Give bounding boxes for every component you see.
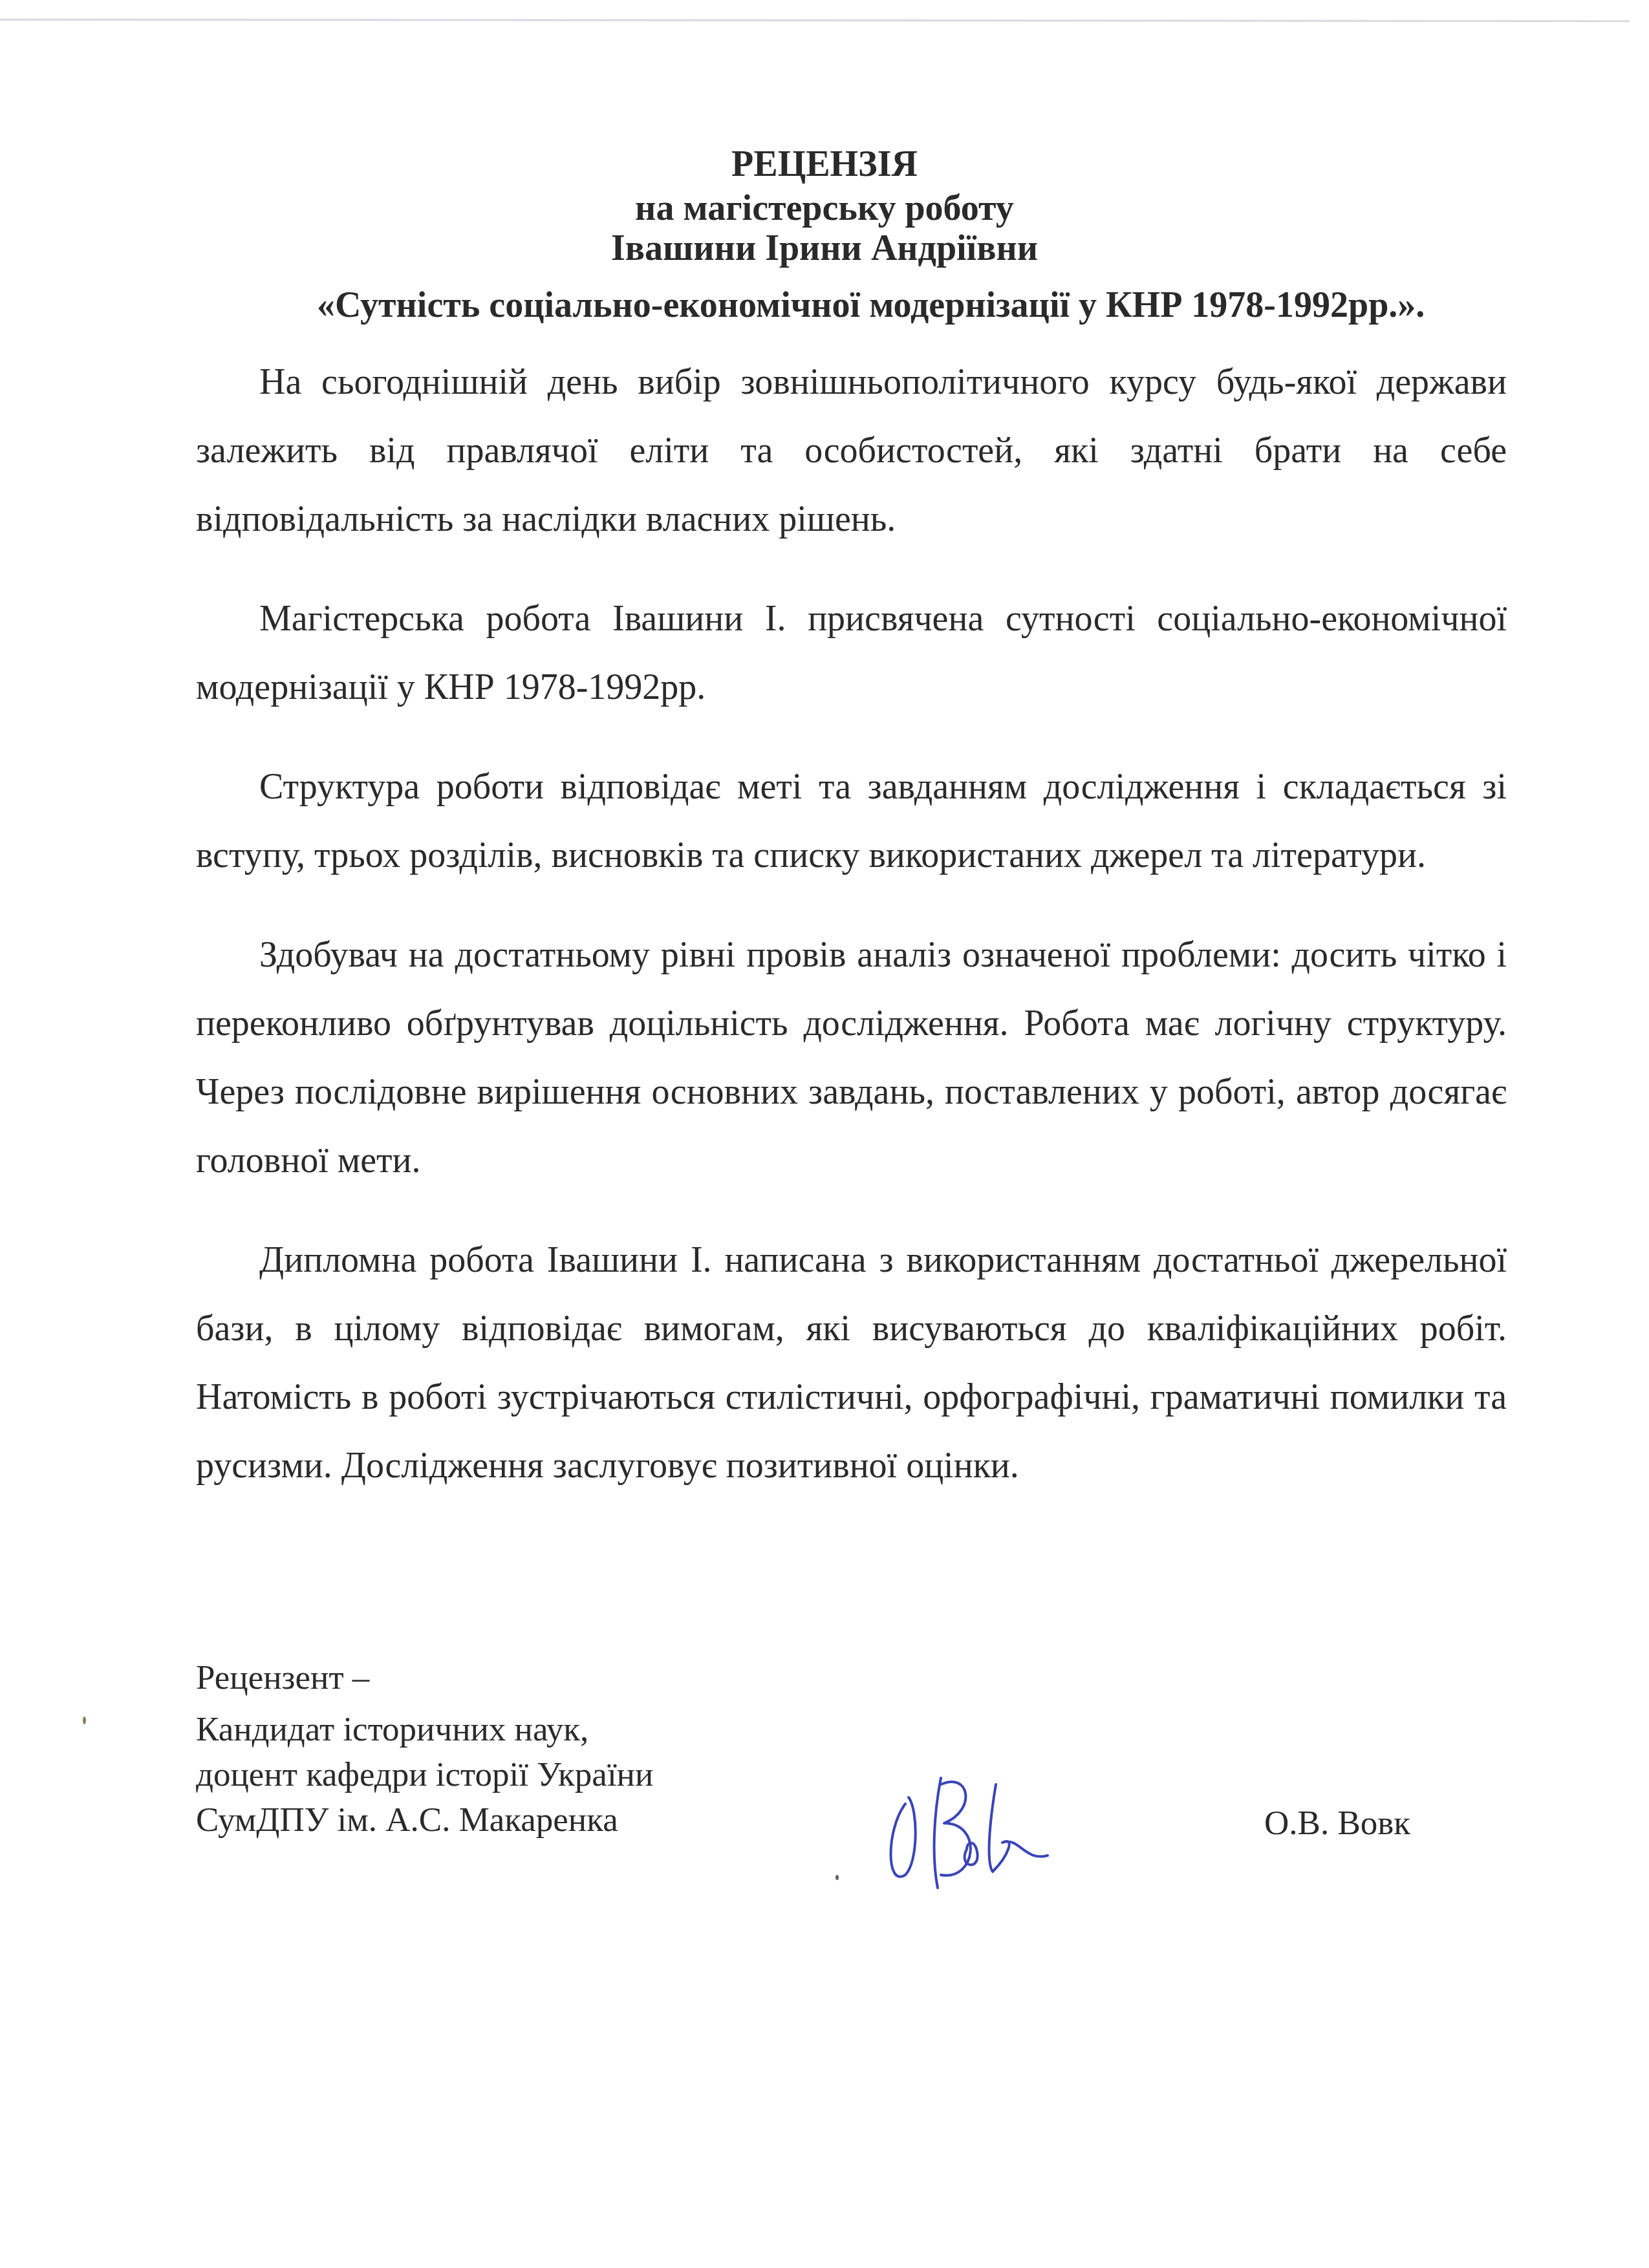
paragraph: Дипломна робота Івашини І. написана з ви… — [196, 1226, 1507, 1500]
reviewer-name: О.В. Вовк — [1264, 1804, 1410, 1843]
scan-speck — [83, 1717, 86, 1724]
work-title: «Сутність соціально-економічної модерніз… — [317, 284, 1425, 326]
paragraph: Здобувач на достатньому рівні провів ана… — [196, 921, 1507, 1195]
reviewer-institution: СумДПУ ім. А.С. Макаренка — [196, 1797, 618, 1843]
scan-edge-line — [0, 19, 1630, 23]
document-title: РЕЦЕНЗІЯ — [0, 144, 1649, 185]
scan-speck — [835, 1875, 839, 1880]
reviewer-degree: Кандидат історичних наук, — [196, 1707, 588, 1752]
review-body: На сьогоднішній день вибір зовнішньополі… — [196, 348, 1507, 1500]
paragraph: На сьогоднішній день вибір зовнішньополі… — [196, 348, 1507, 553]
document-subtitle: на магістерську роботу — [0, 187, 1649, 229]
handwritten-signature — [879, 1759, 1086, 1894]
paragraph: Структура роботи відповідає меті та завд… — [196, 753, 1507, 890]
reviewer-position: доцент кафедри історії України — [196, 1752, 653, 1797]
paragraph: Магістерська робота Івашини І. присвячен… — [196, 584, 1507, 722]
reviewer-label: Рецензент – — [196, 1655, 369, 1700]
author-name: Івашини Ірини Андріївни — [0, 228, 1649, 269]
